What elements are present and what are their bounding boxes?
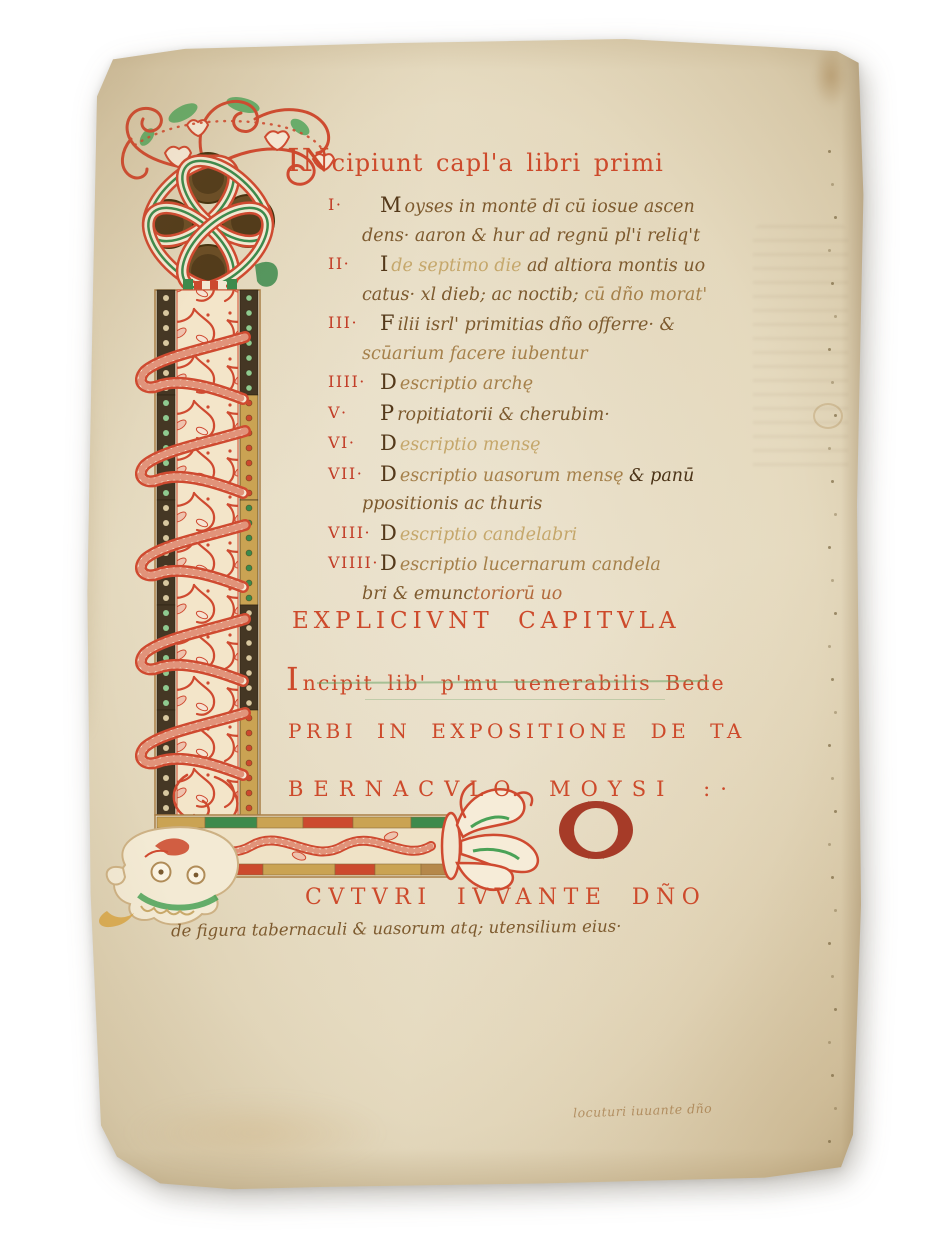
- lower-right-inscription: locuturi iuuante dño: [573, 1101, 713, 1121]
- pricking-hole: [828, 843, 831, 846]
- chapter-title: Propitiatorii & cherubim·: [380, 399, 768, 430]
- chapter-initial: D: [380, 431, 397, 455]
- pricking-hole: [828, 249, 831, 252]
- text-segment: oyses in montē dī cū iosue ascen: [405, 197, 695, 217]
- chapter-line: Ide septimo die ad altiora montis uo: [380, 250, 768, 281]
- text-segment: cū dño morat': [584, 285, 707, 305]
- chapter-line: Moyses in montē dī cū iosue ascen: [380, 191, 768, 222]
- text-segment: escriptio archę: [400, 374, 533, 394]
- text-segment: & panū: [629, 466, 694, 486]
- chapter-initial: D: [380, 551, 397, 575]
- text-segment: bri & emunc: [362, 584, 473, 604]
- leaf-shadow-wrap: INcipiunt capl'a libri primi I·Moyses in…: [0, 0, 930, 1240]
- chapter-row: VI·Descriptio mensę: [328, 429, 768, 460]
- chapter-initial: F: [380, 311, 395, 335]
- chapter-line: Descriptio lucernarum candela: [380, 549, 768, 580]
- chapter-numeral: IIII·: [328, 368, 380, 399]
- chapter-row: I·Moyses in montē dī cū iosue ascendens·…: [328, 191, 768, 250]
- chapter-line: Descriptio mensę: [380, 429, 768, 460]
- pricking-hole: [834, 810, 837, 813]
- chapter-initial: P: [380, 401, 394, 425]
- ring-stain: [813, 403, 843, 429]
- chapter-initial: D: [380, 370, 397, 394]
- chapter-line: ppositionis ac thuris: [362, 490, 768, 519]
- pricking-hole: [834, 1107, 837, 1110]
- pricking-hole: [831, 1074, 834, 1077]
- chapter-line: Descriptio archę: [380, 368, 768, 399]
- chapter-title: Descriptio mensę: [380, 429, 768, 460]
- chapter-line: Descriptio uasorum mensę & panū: [380, 460, 768, 491]
- pricking-hole: [834, 216, 837, 219]
- chapter-initial: D: [380, 521, 397, 545]
- chapter-initial: D: [380, 462, 397, 486]
- photograph-background: INcipiunt capl'a libri primi I·Moyses in…: [0, 0, 930, 1240]
- pricking-hole: [828, 744, 831, 747]
- parchment-leaf: INcipiunt capl'a libri primi I·Moyses in…: [65, 35, 865, 1195]
- bottom-stain: [125, 1097, 385, 1169]
- pricking-hole: [834, 513, 837, 516]
- chapter-numeral: V·: [328, 399, 380, 430]
- chapter-initial: M: [380, 193, 402, 217]
- left-edge-stain: [67, 305, 95, 735]
- text-segment: ppositionis ac thuris: [362, 494, 542, 514]
- opening-continuation: CVTVRI IVVANTE DÑO: [305, 885, 706, 910]
- pricking-hole: [828, 1140, 831, 1143]
- pricking-hole: [828, 1041, 831, 1044]
- chapter-row: III·Filii isrl' primitias dño offerre· &…: [328, 309, 768, 368]
- pricking-hole: [831, 579, 834, 582]
- text-segment: ilii isrl' primitias dño offerre· &: [398, 315, 675, 335]
- green-guideline-faint: [365, 699, 665, 700]
- chapter-title: Moyses in montē dī cū iosue ascendens· a…: [380, 191, 768, 250]
- text-segment: escriptio uasorum mensę: [400, 466, 629, 486]
- text-segment: scūarium facere iubentur: [362, 344, 588, 364]
- chapter-line: catus· xl dieb; ac noctib; cū dño morat': [362, 281, 768, 310]
- pricking-hole: [831, 183, 834, 186]
- chapter-list: I·Moyses in montē dī cū iosue ascendens·…: [328, 191, 768, 608]
- text-segment: escriptio lucernarum candela: [400, 555, 661, 575]
- rubric-capitula-explicit: EXPLICIVNT CAPITVLA: [292, 608, 681, 634]
- rubric-book-incipit-line3: BERNACVLO MOYSI :·: [288, 777, 737, 801]
- incipit-initial: I: [286, 660, 301, 698]
- text-segment: ad altiora montis uo: [527, 256, 705, 276]
- pricking-hole: [831, 876, 834, 879]
- pricking-hole: [831, 480, 834, 483]
- chapter-title: Ide septimo die ad altiora montis uocatu…: [380, 250, 768, 309]
- pricking-hole: [831, 282, 834, 285]
- text-segment: ropitiatorii & cherubim·: [397, 405, 610, 425]
- chapter-title: Descriptio uasorum mensę & panūpposition…: [380, 460, 768, 519]
- pricking-hole: [834, 711, 837, 714]
- pricking-hole: [831, 975, 834, 978]
- chapter-row: VIIII·Descriptio lucernarum candelabri &…: [328, 549, 768, 608]
- chapter-line: Propitiatorii & cherubim·: [380, 399, 768, 430]
- pricking-hole: [834, 414, 837, 417]
- rubric-book-incipit-line2: PRBI IN EXPOSITIONE DE TA: [288, 719, 746, 743]
- chapter-numeral: VIII·: [328, 519, 380, 550]
- text-segment: escriptio mensę: [400, 435, 541, 455]
- pricking-hole: [828, 348, 831, 351]
- chapter-row: II·Ide septimo die ad altiora montis uoc…: [328, 250, 768, 309]
- rubric-initial: IN: [287, 141, 332, 179]
- versal-initial-O: [559, 801, 633, 859]
- pricking-hole: [828, 546, 831, 549]
- chapter-line: dens· aaron & hur ad regnū pl'i reliq't: [362, 222, 768, 251]
- chapter-line: Descriptio candelabri: [380, 519, 768, 550]
- chapter-line: Filii isrl' primitias dño offerre· &: [380, 309, 768, 340]
- chapter-numeral: VI·: [328, 429, 380, 460]
- rubric-book-incipit-line1: Incipit lib' p'mu uenerabilis Bede: [286, 660, 726, 698]
- text-segment: dens· aaron & hur ad regnū pl'i reliq't: [362, 226, 700, 246]
- animal-mask: [99, 827, 238, 927]
- pricking-hole: [828, 150, 831, 153]
- chapter-line: bri & emunctoriorū uo: [362, 580, 768, 609]
- pricking-hole: [828, 645, 831, 648]
- corner-stain: [813, 45, 849, 107]
- pricking-hole: [828, 447, 831, 450]
- chapter-row: VIII·Descriptio candelabri: [328, 519, 768, 550]
- pricking-hole: [834, 612, 837, 615]
- pricking-hole: [828, 942, 831, 945]
- chapter-title: Descriptio candelabri: [380, 519, 768, 550]
- pricking-hole: [834, 1008, 837, 1011]
- interlace-knot: [134, 146, 281, 303]
- chapter-title: Descriptio lucernarum candelabri & emunc…: [380, 549, 768, 608]
- text-segment: de septimo die: [391, 256, 527, 276]
- text-segment: escriptio candelabri: [400, 525, 577, 545]
- pricking-hole: [831, 777, 834, 780]
- chapter-initial: I: [380, 252, 388, 276]
- chapter-row: IIII·Descriptio archę: [328, 368, 768, 399]
- pricking-hole: [831, 381, 834, 384]
- chapter-line: scūarium facere iubentur: [362, 340, 768, 369]
- chapter-title: Descriptio archę: [380, 368, 768, 399]
- chapter-row: V·Propitiatorii & cherubim·: [328, 399, 768, 430]
- pricking-hole: [834, 315, 837, 318]
- rubric-capitula-incipit: INcipiunt capl'a libri primi: [287, 141, 664, 179]
- initial-shaft: [141, 290, 260, 821]
- chapter-title: Filii isrl' primitias dño offerre· &scūa…: [380, 309, 768, 368]
- chapter-row: VII·Descriptio uasorum mensę & panūpposi…: [328, 460, 768, 519]
- text-segment: toriorū uo: [473, 584, 562, 604]
- pricking-hole: [831, 678, 834, 681]
- text-segment: catus· xl dieb; ac noctib;: [362, 285, 584, 305]
- pricking-hole: [834, 909, 837, 912]
